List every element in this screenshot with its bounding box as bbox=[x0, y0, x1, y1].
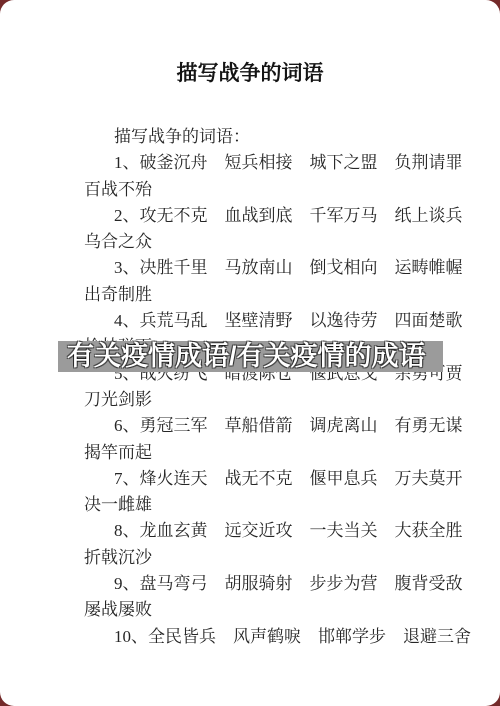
text-line: 3、决胜千里 马放南山 倒戈相向 运畴帷幄 bbox=[84, 255, 446, 281]
article-body: 描写战争的词语：1、破釜沉舟 短兵相接 城下之盟 负荆请罪百战不殆2、攻无不克 … bbox=[84, 124, 446, 650]
watermark-banner: 有关疫情成语/有关疫情的成语 bbox=[58, 341, 443, 372]
watermark-text: 有关疫情成语/有关疫情的成语 bbox=[67, 341, 426, 371]
text-line: 9、盘马弯弓 胡服骑射 步步为营 腹背受敌 bbox=[84, 571, 446, 597]
text-line: 1、破釜沉舟 短兵相接 城下之盟 负荆请罪 bbox=[84, 150, 446, 176]
document-page: 描写战争的词语 描写战争的词语：1、破釜沉舟 短兵相接 城下之盟 负荆请罪百战不… bbox=[0, 0, 500, 706]
text-line: 决一雌雄 bbox=[84, 492, 446, 518]
text-line: 屡战屡败 bbox=[84, 597, 446, 623]
text-line: 6、勇冠三军 草船借箭 调虎离山 有勇无谋 bbox=[84, 413, 446, 439]
text-line: 10、全民皆兵 风声鹤唳 邯郸学步 退避三舍 bbox=[84, 624, 446, 650]
text-line: 7、烽火连天 战无不克 偃甲息兵 万夫莫开 bbox=[84, 466, 446, 492]
text-line: 乌合之众 bbox=[84, 229, 446, 255]
text-line: 2、攻无不克 血战到底 千军万马 纸上谈兵 bbox=[84, 203, 446, 229]
text-line: 百战不殆 bbox=[84, 177, 446, 203]
text-line: 折戟沉沙 bbox=[84, 545, 446, 571]
text-line: 4、兵荒马乱 坚壁清野 以逸待劳 四面楚歌 bbox=[84, 308, 446, 334]
text-line: 出奇制胜 bbox=[84, 282, 446, 308]
text-line: 描写战争的词语： bbox=[84, 124, 446, 150]
text-line: 揭竿而起 bbox=[84, 440, 446, 466]
text-line: 刀光剑影 bbox=[84, 387, 446, 413]
page-title: 描写战争的词语 bbox=[0, 57, 500, 87]
text-line: 8、龙血玄黄 远交近攻 一夫当关 大获全胜 bbox=[84, 518, 446, 544]
screenshot-root: { "page": { "background": "#ffffff", "fr… bbox=[0, 0, 500, 706]
